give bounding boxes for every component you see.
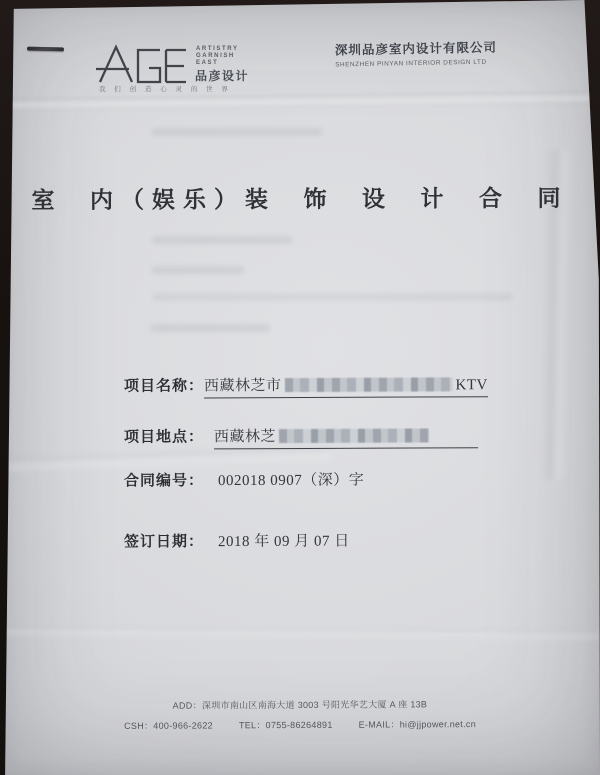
logo-tagline: 我 们 创 造 心 灵 的 世 界 [99, 84, 231, 93]
project-name-label: 项目名称： [124, 377, 204, 394]
footer-contacts: CSH：400-966-2622 TEL：0755-86264891 E-MAI… [0, 716, 600, 732]
brand-name-cn: 品彦设计 [195, 67, 249, 84]
project-name-row: 项目名称：西藏林芝市KTV [124, 373, 488, 399]
redacted-text [279, 428, 429, 443]
logo-word-garnish: GARNISH [196, 53, 239, 60]
paper-crease [0, 90, 600, 111]
project-location-row: 项目地点：西藏林芝 [124, 424, 478, 450]
contract-title: 室 内（娱乐）装 饰 设 计 合 同 [0, 180, 600, 216]
staple [27, 47, 64, 52]
footer-hotline: CSH：400-966-2622 [124, 718, 213, 731]
bleed-through-text [150, 324, 270, 332]
footer: ADD：深圳市南山区南海大道 3003 号阳光华艺大厦 A 座 13B CSH：… [0, 696, 600, 732]
logo-word-artistry: ARTISTRY [196, 46, 239, 53]
sign-date-label: 签订日期： [124, 533, 204, 550]
logo-word-east: EAST [196, 60, 239, 67]
company-name-en: SHENZHEN PINYAN INTERIOR DESIGN LTD [335, 58, 497, 68]
project-location-prefix: 西藏林芝 [214, 429, 276, 445]
bleed-through-text [152, 266, 244, 274]
contract-number-label: 合同编号： [124, 472, 204, 489]
footer-address: ADD：深圳市南山区南海大道 3003 号阳光华艺大厦 A 座 13B [0, 696, 600, 712]
footer-email: E-MAIL：hi@jjpower.net.cn [359, 717, 476, 731]
redacted-text [284, 377, 452, 392]
company-name-cn: 深圳品彦室内设计有限公司 [335, 37, 497, 58]
project-name-suffix: KTV [455, 377, 487, 393]
footer-tel: TEL：0755-86264891 [239, 718, 333, 731]
project-location-label: 项目地点： [124, 428, 204, 445]
contract-paper: ARTISTRY GARNISH EAST 品彦设计 我 们 创 造 心 灵 的… [0, 0, 600, 775]
contract-number-row: 合同编号：002018 0907（深）字 [124, 468, 364, 490]
logo-wordmark: ARTISTRY GARNISH EAST [196, 46, 239, 67]
sign-date-row: 签订日期：2018 年 09 月 07 日 [124, 530, 350, 552]
bleed-through-text [152, 293, 512, 301]
project-name-prefix: 西藏林芝市 [204, 378, 282, 394]
bleed-through-text [152, 128, 322, 136]
age-logo-glyphs [96, 42, 188, 86]
bleed-through-text [152, 236, 292, 244]
company-block: 深圳品彦室内设计有限公司 SHENZHEN PINYAN INTERIOR DE… [335, 37, 498, 68]
paper-crease [0, 626, 600, 642]
sign-date-value: 2018 年 09 月 07 日 [218, 534, 350, 551]
contract-number-value: 002018 0907（深）字 [218, 472, 364, 489]
